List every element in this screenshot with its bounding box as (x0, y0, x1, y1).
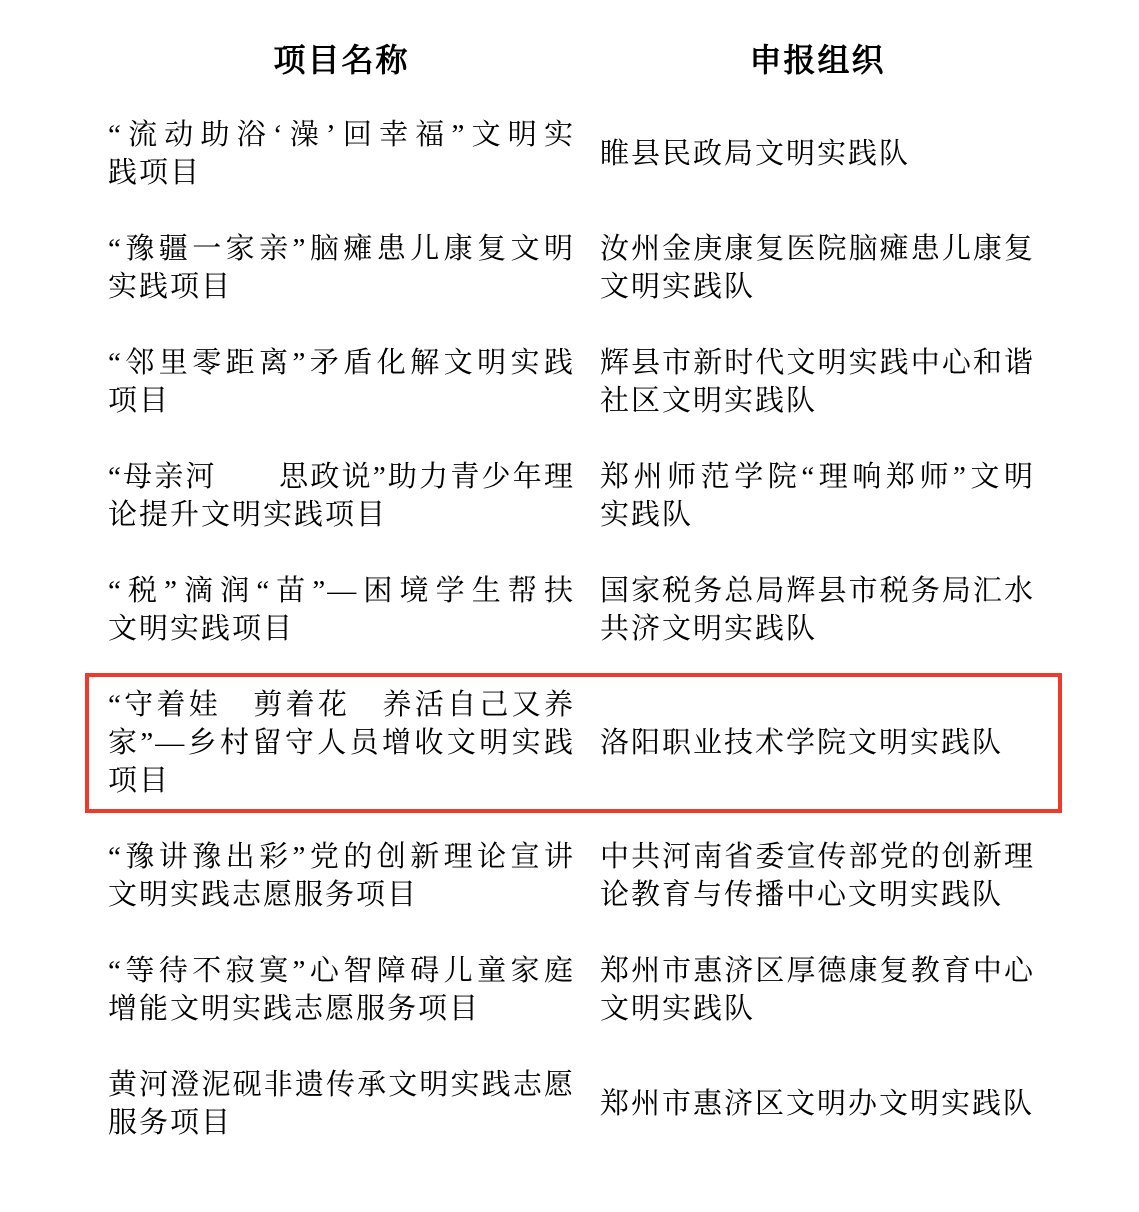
text-line: 社区文明实践队 (600, 382, 1035, 420)
text-line: 增能文明实践志愿服务项目 (108, 990, 575, 1028)
table-row: “豫讲豫出彩”党的创新理论宣讲文明实践志愿服务项目中共河南省委宣传部党的创新理论… (108, 838, 1139, 914)
text-line: “邻里零距离”矛盾化解文明实践 (108, 344, 575, 382)
text-line: 文明实践队 (600, 268, 1035, 306)
text-line: 项目 (108, 382, 575, 420)
text-line: “豫疆一家亲”脑瘫患儿康复文明 (108, 230, 575, 268)
org-cell: 洛阳职业技术学院文明实践队 (600, 724, 1035, 762)
text-line: 文明实践志愿服务项目 (108, 876, 575, 914)
text-line: 文明实践队 (600, 990, 1035, 1028)
table-row: “流动助浴‘澡’回幸福”文明实践项目睢县民政局文明实践队 (108, 116, 1139, 192)
text-line: 实践队 (600, 496, 1035, 534)
text-line: “税”滴润“苗”—困境学生帮扶 (108, 572, 575, 610)
text-line: 辉县市新时代文明实践中心和谐 (600, 344, 1035, 382)
text-line: 实践项目 (108, 268, 575, 306)
org-cell: 汝州金庚康复医院脑瘫患儿康复文明实践队 (600, 230, 1035, 306)
text-line: “流动助浴‘澡’回幸福”文明实 (108, 116, 575, 154)
document: 项目名称 申报组织 “流动助浴‘澡’回幸福”文明实践项目睢县民政局文明实践队“豫… (0, 0, 1139, 1142)
project-name-cell: 黄河澄泥砚非遗传承文明实践志愿服务项目 (108, 1066, 575, 1142)
table-row: “税”滴润“苗”—困境学生帮扶文明实践项目国家税务总局辉县市税务局汇水共济文明实… (108, 572, 1139, 648)
text-line: “豫讲豫出彩”党的创新理论宣讲 (108, 838, 575, 876)
text-line: 践项目 (108, 154, 575, 192)
text-line: 中共河南省委宣传部党的创新理 (600, 838, 1035, 876)
table-header-row: 项目名称 申报组织 (108, 40, 1139, 80)
table-row: “等待不寂寞”心智障碍儿童家庭增能文明实践志愿服务项目郑州市惠济区厚德康复教育中… (108, 952, 1139, 1028)
text-line: 睢县民政局文明实践队 (600, 135, 1035, 173)
project-name-cell: “豫讲豫出彩”党的创新理论宣讲文明实践志愿服务项目 (108, 838, 575, 914)
text-line: 汝州金庚康复医院脑瘫患儿康复 (600, 230, 1035, 268)
table-row: “豫疆一家亲”脑瘫患儿康复文明实践项目汝州金庚康复医院脑瘫患儿康复文明实践队 (108, 230, 1139, 306)
text-line: 共济文明实践队 (600, 610, 1035, 648)
text-line: “母亲河 思政说”助力青少年理 (108, 458, 575, 496)
text-line: 洛阳职业技术学院文明实践队 (600, 724, 1035, 762)
text-line: “守着娃 剪着花 养活自己又养 (108, 686, 575, 724)
text-line: 论提升文明实践项目 (108, 496, 575, 534)
text-line: 项目 (108, 762, 575, 800)
text-line: 服务项目 (108, 1104, 575, 1142)
table-row: “邻里零距离”矛盾化解文明实践项目辉县市新时代文明实践中心和谐社区文明实践队 (108, 344, 1139, 420)
org-cell: 睢县民政局文明实践队 (600, 135, 1035, 173)
project-name-cell: “流动助浴‘澡’回幸福”文明实践项目 (108, 116, 575, 192)
project-name-cell: “邻里零距离”矛盾化解文明实践项目 (108, 344, 575, 420)
org-cell: 郑州市惠济区厚德康复教育中心文明实践队 (600, 952, 1035, 1028)
text-line: 郑州师范学院“理响郑师”文明 (600, 458, 1035, 496)
org-cell: 郑州师范学院“理响郑师”文明实践队 (600, 458, 1035, 534)
table-row: 黄河澄泥砚非遗传承文明实践志愿服务项目郑州市惠济区文明办文明实践队 (108, 1066, 1139, 1142)
table-row: “母亲河 思政说”助力青少年理论提升文明实践项目郑州师范学院“理响郑师”文明实践… (108, 458, 1139, 534)
text-line: 论教育与传播中心文明实践队 (600, 876, 1035, 914)
table-body: “流动助浴‘澡’回幸福”文明实践项目睢县民政局文明实践队“豫疆一家亲”脑瘫患儿康… (108, 116, 1139, 1142)
text-line: 黄河澄泥砚非遗传承文明实践志愿 (108, 1066, 575, 1104)
org-cell: 中共河南省委宣传部党的创新理论教育与传播中心文明实践队 (600, 838, 1035, 914)
text-line: 家”—乡村留守人员增收文明实践 (108, 724, 575, 762)
project-name-cell: “等待不寂寞”心智障碍儿童家庭增能文明实践志愿服务项目 (108, 952, 575, 1028)
project-name-cell: “母亲河 思政说”助力青少年理论提升文明实践项目 (108, 458, 575, 534)
text-line: 郑州市惠济区厚德康复教育中心 (600, 952, 1035, 990)
project-name-cell: “税”滴润“苗”—困境学生帮扶文明实践项目 (108, 572, 575, 648)
text-line: 国家税务总局辉县市税务局汇水 (600, 572, 1035, 610)
header-project-name: 项目名称 (108, 40, 575, 80)
org-cell: 郑州市惠济区文明办文明实践队 (600, 1085, 1035, 1123)
results-table: 项目名称 申报组织 “流动助浴‘澡’回幸福”文明实践项目睢县民政局文明实践队“豫… (108, 40, 1139, 1142)
text-line: “等待不寂寞”心智障碍儿童家庭 (108, 952, 575, 990)
table-row-highlighted: “守着娃 剪着花 养活自己又养家”—乡村留守人员增收文明实践项目洛阳职业技术学院… (85, 673, 1062, 813)
text-line: 文明实践项目 (108, 610, 575, 648)
org-cell: 辉县市新时代文明实践中心和谐社区文明实践队 (600, 344, 1035, 420)
project-name-cell: “守着娃 剪着花 养活自己又养家”—乡村留守人员增收文明实践项目 (108, 686, 575, 800)
header-applicant-org: 申报组织 (600, 40, 1035, 80)
org-cell: 国家税务总局辉县市税务局汇水共济文明实践队 (600, 572, 1035, 648)
project-name-cell: “豫疆一家亲”脑瘫患儿康复文明实践项目 (108, 230, 575, 306)
text-line: 郑州市惠济区文明办文明实践队 (600, 1085, 1035, 1123)
